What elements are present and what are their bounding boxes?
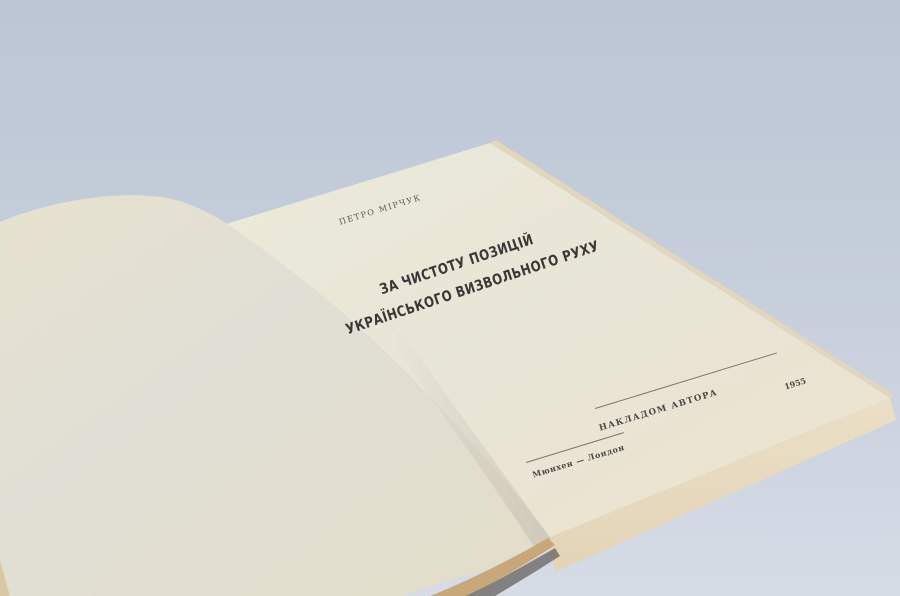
photo-scene: ПЕТРО МІРЧУК За чистоту позицій українсь… (0, 0, 900, 596)
open-book (0, 0, 900, 596)
